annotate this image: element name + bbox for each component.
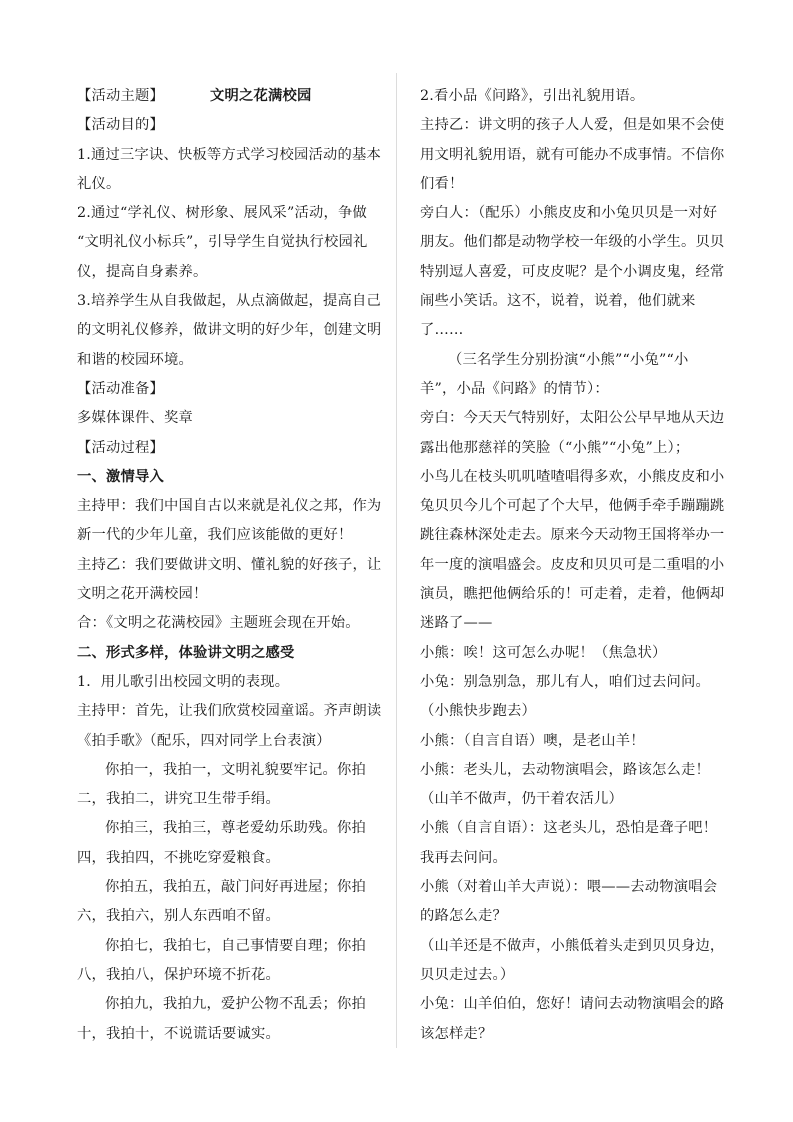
text-line: 兔贝贝今儿个可起了个大早，他俩手牵手蹦蹦跳 — [420, 492, 722, 521]
text-line: 的路怎么走？ — [420, 902, 722, 931]
text-line: 八，我拍八，保护环境不折花。 — [77, 961, 382, 990]
text-line: 小熊（对着山羊大声说）：喂——去动物演唱会 — [420, 873, 722, 902]
left-column: 【活动主题】文明之花满校园【活动目的】1.通过三字诀、快板等方式学习校园活动的基… — [77, 82, 382, 1049]
text-line: 【活动过程】 — [77, 434, 382, 463]
text-line: 新一代的少年儿童，我们应该能做的更好！ — [77, 521, 382, 550]
text-line: （小熊快步跑去） — [420, 697, 722, 726]
text-line: 该怎样走？ — [420, 1020, 722, 1049]
text-line: 和谐的校园环境。 — [77, 346, 382, 375]
right-column: 2.看小品《问路》，引出礼貌用语。主持乙：讲文明的孩子人人爱，但是如果不会使用文… — [420, 82, 722, 1049]
activity-theme-line: 【活动主题】文明之花满校园 — [77, 82, 382, 111]
text-line: 了…… — [420, 316, 722, 345]
text-line: 小熊：（自言自语）噢，是老山羊！ — [420, 727, 722, 756]
text-line: “文明礼仪小标兵”，引导学生自觉执行校园礼 — [77, 228, 382, 257]
section-heading: 一、激情导入 — [77, 463, 382, 492]
text-line: 演员，瞧把他俩给乐的！可走着，走着，他俩却 — [420, 580, 722, 609]
text-line: 小鸟儿在枝头叽叽喳喳唱得多欢，小熊皮皮和小 — [420, 463, 722, 492]
text-line: 1.通过三字诀、快板等方式学习校园活动的基本 — [77, 141, 382, 170]
text-line: 2.通过“学礼仪、树形象、展风采”活动，争做 — [77, 199, 382, 228]
indented-text-line: （三名学生分别扮演“小熊”“小兔”“小 — [420, 346, 722, 375]
indented-text-line: 你拍三，我拍三，尊老爱幼乐助残。你拍 — [77, 814, 382, 843]
text-line: 十，我拍十，不说谎话要诚实。 — [77, 1020, 382, 1049]
text-line: 《拍手歌》（配乐，四对同学上台表演） — [77, 727, 382, 756]
document-page: 【活动主题】文明之花满校园【活动目的】1.通过三字诀、快板等方式学习校园活动的基… — [0, 0, 793, 1122]
text-line: 羊”，小品《问路》的情节）： — [420, 375, 722, 404]
text-line: 小兔：别急别急，那儿有人，咱们过去问问。 — [420, 668, 722, 697]
section-label: 【活动主题】 — [77, 88, 164, 104]
text-line: 六，我拍六，别人东西咱不留。 — [77, 902, 382, 931]
text-line: 小兔：山羊伯伯，您好！请问去动物演唱会的路 — [420, 990, 722, 1019]
section-heading: 二、形式多样，体验讲文明之感受 — [77, 639, 382, 668]
text-line: 小熊（自言自语）：这老头儿，恐怕是聋子吧！ — [420, 814, 722, 843]
text-line: 仪，提高自身素养。 — [77, 258, 382, 287]
text-line: （山羊不做声，仍干着农活儿） — [420, 785, 722, 814]
text-line: 【活动准备】 — [77, 375, 382, 404]
text-line: 合：《文明之花满校园》主题班会现在开始。 — [77, 609, 382, 638]
text-line: 小熊：唉！这可怎么办呢！（焦急状） — [420, 639, 722, 668]
text-line: 朋友。他们都是动物学校一年级的小学生。贝贝 — [420, 228, 722, 257]
indented-text-line: 你拍一，我拍一，文明礼貌要牢记。你拍 — [77, 756, 382, 785]
text-line: 旁白人：（配乐）小熊皮皮和小兔贝贝是一对好 — [420, 199, 722, 228]
text-line: （山羊还是不做声，小熊低着头走到贝贝身边， — [420, 932, 722, 961]
text-line: 的文明礼仪修养，做讲文明的好少年，创建文明 — [77, 316, 382, 345]
text-line: 小熊：老头儿，去动物演唱会，路该怎么走！ — [420, 756, 722, 785]
indented-text-line: 你拍九，我拍九，爱护公物不乱丢；你拍 — [77, 990, 382, 1019]
text-line: 特别逗人喜爱，可皮皮呢？是个小调皮鬼，经常 — [420, 258, 722, 287]
text-line: 3.培养学生从自我做起，从点滴做起，提高自己 — [77, 287, 382, 316]
text-line: 四，我拍四，不挑吃穿爱粮食。 — [77, 844, 382, 873]
text-line: 我再去问问。 — [420, 844, 722, 873]
text-line: 主持乙：讲文明的孩子人人爱，但是如果不会使 — [420, 111, 722, 140]
text-line: 露出他那慈祥的笑脸（“小熊”“小兔”上）； — [420, 434, 722, 463]
text-line: 迷路了—— — [420, 609, 722, 638]
column-divider — [396, 73, 397, 1048]
text-line: 主持甲：首先，让我们欣赏校园童谣。齐声朗读 — [77, 697, 382, 726]
text-line: 主持甲：我们中国自古以来就是礼仪之邦，作为 — [77, 492, 382, 521]
text-line: 2.看小品《问路》，引出礼貌用语。 — [420, 82, 722, 111]
indented-text-line: 你拍七，我拍七，自己事情要自理；你拍 — [77, 932, 382, 961]
text-line: 二，我拍二，讲究卫生带手绢。 — [77, 785, 382, 814]
text-line: 【活动目的】 — [77, 111, 382, 140]
text-line: 主持乙：我们要做讲文明、懂礼貌的好孩子，让 — [77, 551, 382, 580]
document-title: 文明之花满校园 — [210, 88, 311, 104]
text-line: 文明之花开满校园！ — [77, 580, 382, 609]
text-line: 闹些小笑话。这不，说着，说着，他们就来 — [420, 287, 722, 316]
text-line: 们看！ — [420, 170, 722, 199]
text-line: 多媒体课件、奖章 — [77, 404, 382, 433]
indented-text-line: 你拍五，我拍五，敲门问好再进屋；你拍 — [77, 873, 382, 902]
text-line: 1．用儿歌引出校园文明的表现。 — [77, 668, 382, 697]
text-line: 年一度的演唱盛会。皮皮和贝贝可是二重唱的小 — [420, 551, 722, 580]
text-line: 跳往森林深处走去。原来今天动物王国将举办一 — [420, 521, 722, 550]
text-line: 旁白：今天天气特别好，太阳公公早早地从天边 — [420, 404, 722, 433]
text-line: 礼仪。 — [77, 170, 382, 199]
text-line: 贝贝走过去。） — [420, 961, 722, 990]
text-line: 用文明礼貌用语，就有可能办不成事情。不信你 — [420, 141, 722, 170]
